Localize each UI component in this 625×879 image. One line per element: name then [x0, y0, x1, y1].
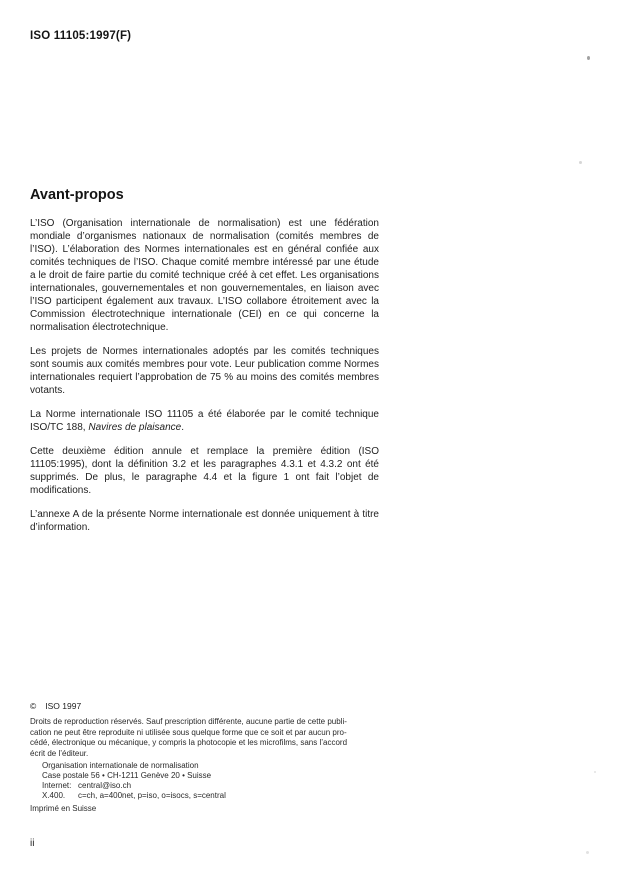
internet-address: central@iso.ch	[78, 781, 131, 791]
publisher-internet-row: Internet: central@iso.ch	[42, 781, 400, 791]
committee-title-italic: Navires de plaisance	[88, 422, 181, 433]
foreword-paragraph-5: L’annexe A de la présente Norme internat…	[30, 508, 379, 534]
printed-in-line: Imprimé en Suisse	[30, 804, 400, 814]
reproduction-notice: Droits de reproduction réservés. Sauf pr…	[30, 717, 400, 759]
page-number: ii	[30, 838, 34, 849]
publisher-name: Organisation internationale de normalisa…	[42, 761, 400, 771]
scan-artifact-speck	[594, 771, 596, 773]
foreword-paragraph-3-text: La Norme internationale ISO 11105 a été …	[30, 409, 379, 433]
imprint-block: ©ISO 1997 Droits de reproduction réservé…	[30, 701, 400, 814]
foreword-paragraph-2: Les projets de Normes internationales ad…	[30, 345, 379, 397]
publisher-block: Organisation internationale de normalisa…	[42, 761, 400, 801]
foreword-paragraph-3-period: .	[181, 422, 184, 433]
scan-artifact-speck	[586, 851, 589, 854]
scan-artifact-speck	[579, 161, 582, 164]
x400-address: c=ch, a=400net, p=iso, o=isocs, s=centra…	[78, 791, 226, 801]
document-page: ISO 11105:1997(F) Avant-propos L’ISO (Or…	[0, 0, 625, 879]
foreword-title: Avant-propos	[30, 187, 124, 203]
foreword-paragraph-4: Cette deuxième édition annule et remplac…	[30, 445, 379, 497]
document-reference-header: ISO 11105:1997(F)	[30, 30, 131, 42]
copyright-text: ISO 1997	[45, 701, 81, 711]
x400-label: X.400.	[42, 791, 78, 801]
copyright-line: ©ISO 1997	[30, 701, 400, 711]
publisher-x400-row: X.400. c=ch, a=400net, p=iso, o=isocs, s…	[42, 791, 400, 801]
publisher-address: Case postale 56 • CH-1211 Genève 20 • Su…	[42, 771, 400, 781]
scan-artifact-speck	[587, 56, 590, 60]
foreword-body: L’ISO (Organisation internationale de no…	[30, 217, 379, 545]
copyright-icon: ©	[30, 701, 36, 711]
foreword-paragraph-1: L’ISO (Organisation internationale de no…	[30, 217, 379, 334]
internet-label: Internet:	[42, 781, 78, 791]
foreword-paragraph-3: La Norme internationale ISO 11105 a été …	[30, 408, 379, 434]
